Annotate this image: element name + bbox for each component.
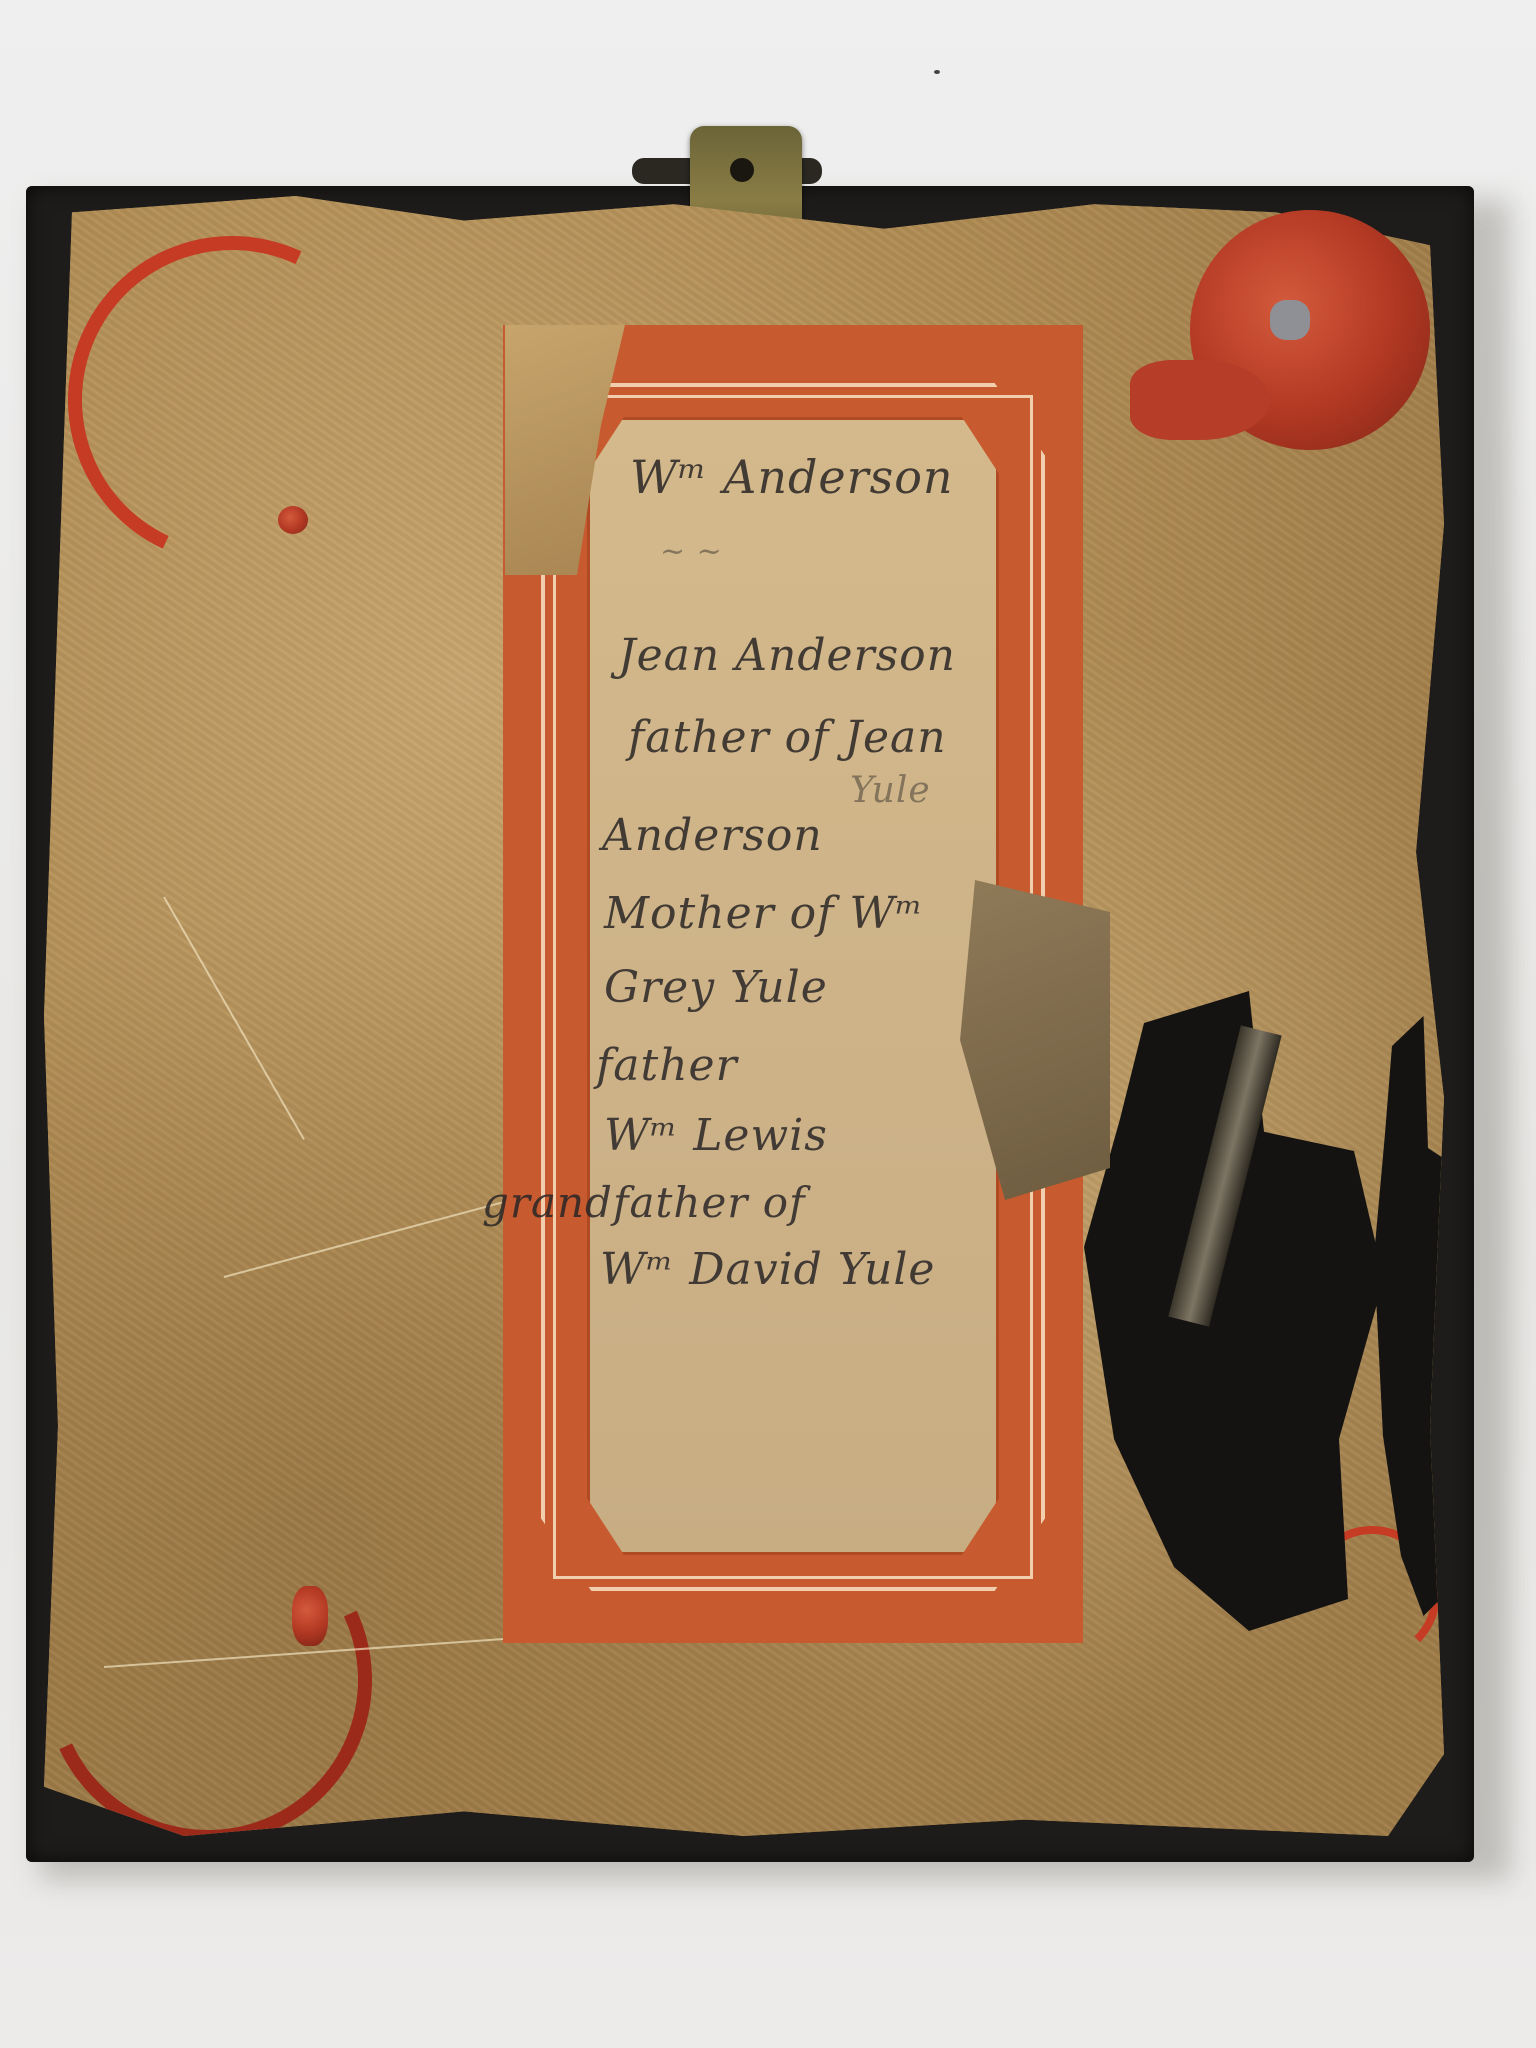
hw-line-6: Anderson [602,810,823,861]
hw-line-2: ~ ~ [660,534,723,569]
red-wax-seal [1130,210,1440,510]
wax-seal-drip [1130,360,1270,440]
hw-line-1: Wᵐ Anderson [630,450,954,504]
hw-line-7: Mother of Wᵐ [604,888,924,939]
wall-speck [934,70,940,74]
hw-line-12: Wᵐ David Yule [600,1244,935,1295]
hw-line-8: Grey Yule [604,962,828,1013]
hw-line-11: grandfather of [482,1178,806,1227]
wax-spot [278,506,308,534]
hw-line-9: father [596,1040,738,1091]
photo-scene: Wᵐ Anderson ~ ~ Jean Anderson father of … [0,0,1536,2048]
hw-line-3: Jean Anderson [618,630,956,681]
wax-seal-flake [1270,300,1310,340]
hw-line-4: father of Jean [628,712,947,763]
hw-line-10: Wᵐ Lewis [604,1110,828,1161]
hanger-hole-icon [730,158,754,182]
hw-line-5: Yule [850,770,931,811]
wax-spot [292,1586,328,1646]
